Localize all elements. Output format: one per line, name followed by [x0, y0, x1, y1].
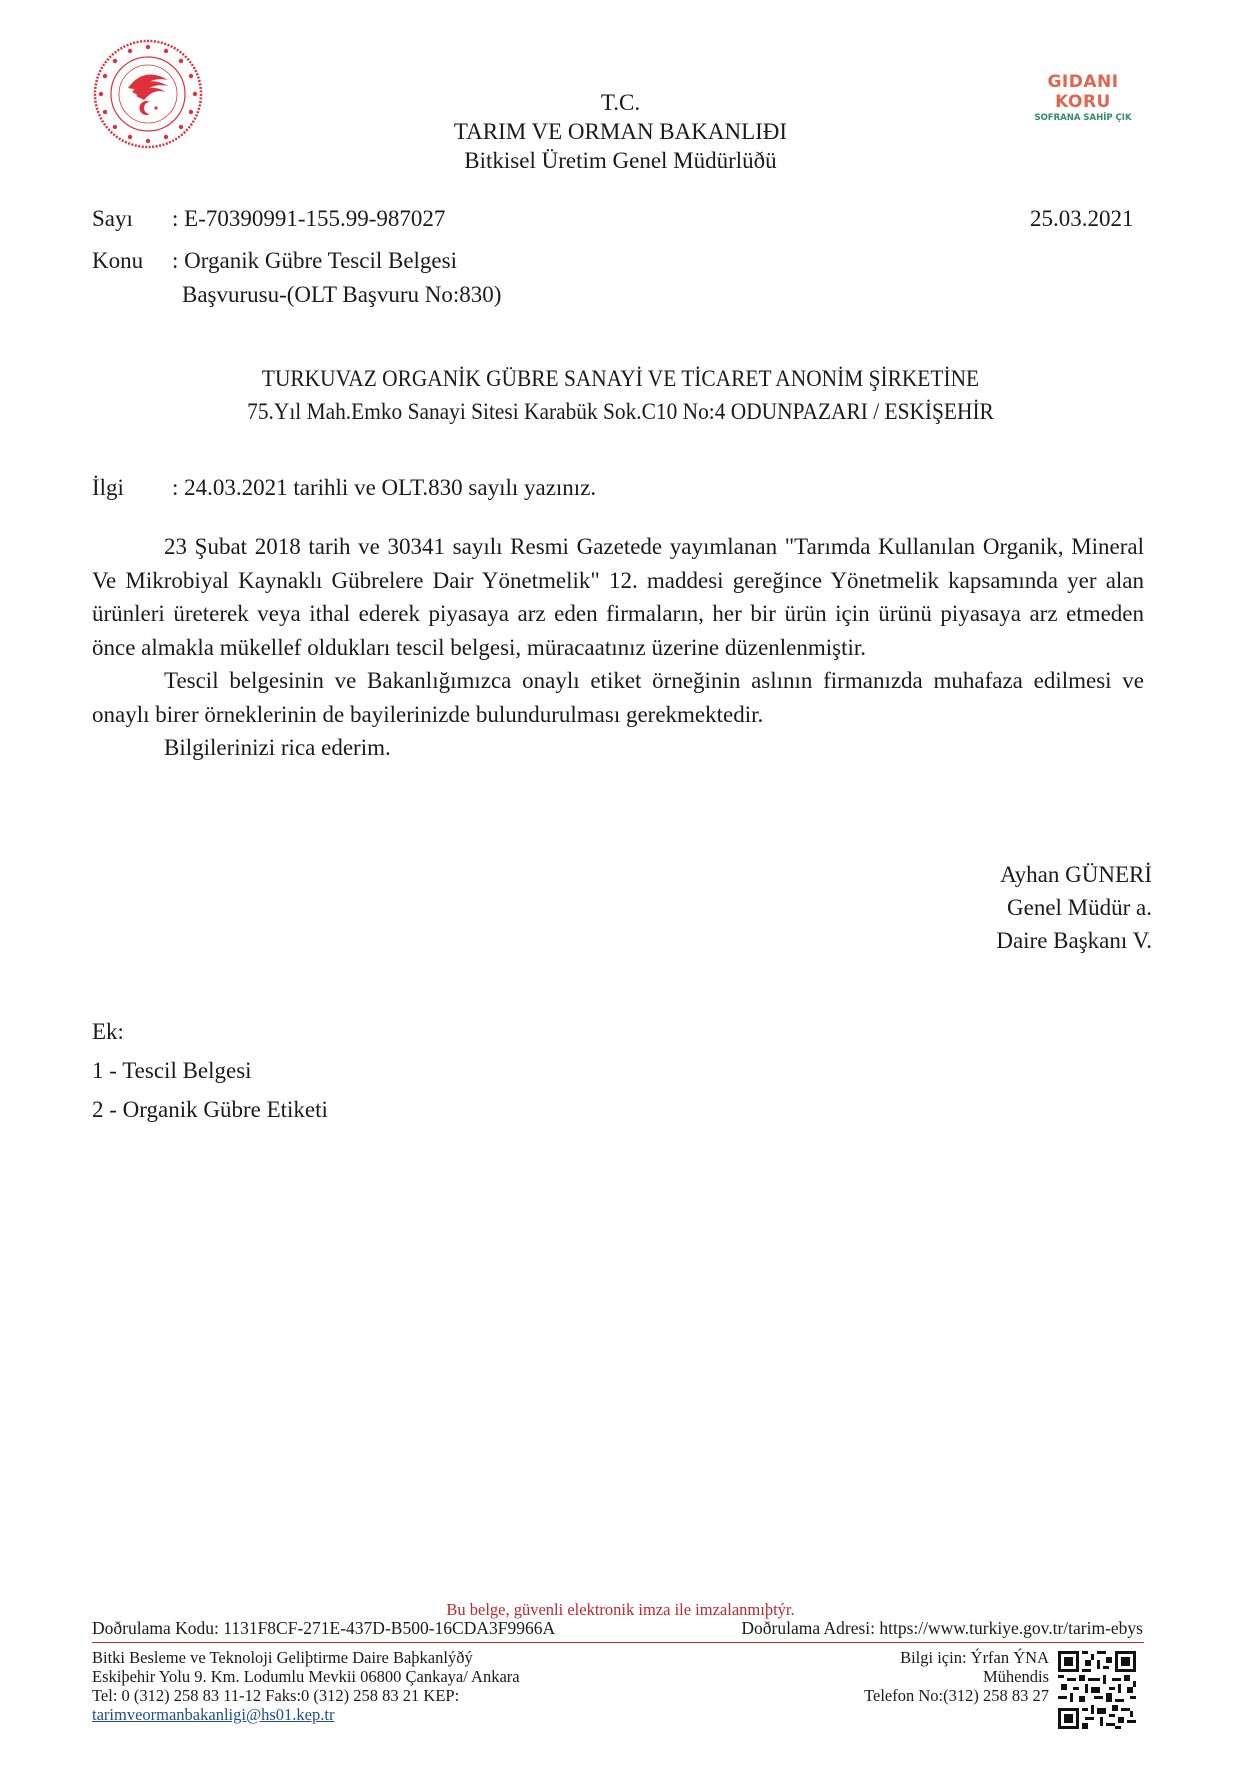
- kep-email-link[interactable]: tarimveormanbakanligi@hs01.kep.tr: [92, 1705, 520, 1724]
- signatory-title-2: Daire Başkanı V.: [900, 924, 1152, 957]
- department-name: Bitki Besleme ve Teknoloji Geliþtirme Da…: [92, 1648, 520, 1667]
- recipient-address: 75.Yıl Mah.Emko Sanayi Sitesi Karabük So…: [43, 395, 1197, 428]
- ilgi-label: İlgi: [92, 474, 172, 502]
- recipient-block: TURKUVAZ ORGANİK GÜBRE SANAYİ VE TİCARET…: [0, 362, 1241, 428]
- header-directorate: Bitkisel Üretim Genel Müdürlüðü: [0, 146, 1241, 175]
- attachment-item: 2 - Organik Gübre Etiketi: [92, 1090, 328, 1129]
- contact-phone: Telefon No:(312) 258 83 27: [864, 1686, 1049, 1705]
- header-tc: T.C.: [0, 88, 1241, 117]
- body-paragraph-2: Tescil belgesinin ve Bakanlığımızca onay…: [92, 664, 1144, 731]
- konu-value: : Organik Gübre Tescil Belgesi: [172, 248, 457, 273]
- signature-block: Ayhan GÜNERİ Genel Müdür a. Daire Başkan…: [900, 858, 1152, 957]
- qr-code-icon: [1058, 1651, 1136, 1729]
- info-contact: Bilgi için: Ýrfan ÝNA Mühendis Telefon N…: [864, 1648, 1049, 1705]
- verification-address[interactable]: Doðrulama Adresi: https://www.turkiye.go…: [741, 1618, 1143, 1639]
- esignature-notice: Bu belge, güvenli elektronik imza ile im…: [0, 1600, 1241, 1620]
- qr-code: [1058, 1651, 1136, 1729]
- attachment-item: 1 - Tescil Belgesi: [92, 1051, 328, 1090]
- contact-person: Bilgi için: Ýrfan ÝNA: [864, 1648, 1049, 1667]
- letterhead: T.C. TARIM VE ORMAN BAKANLIÐI Bitkisel Ü…: [0, 88, 1241, 175]
- verification-code: Doðrulama Kodu: 1131F8CF-271E-437D-B500-…: [92, 1618, 555, 1639]
- subject-continued: Başvurusu-(OLT Başvuru No:830): [182, 281, 501, 309]
- attachments: Ek: 1 - Tescil Belgesi 2 - Organik Gübre…: [92, 1012, 328, 1129]
- department-address: Bitki Besleme ve Teknoloji Geliþtirme Da…: [92, 1648, 520, 1724]
- body-paragraph-1: 23 Şubat 2018 tarih ve 30341 sayılı Resm…: [92, 530, 1144, 664]
- reference-number: Sayı: E-70390991-155.99-987027: [92, 205, 445, 233]
- subject: Konu: Organik Gübre Tescil Belgesi: [92, 247, 457, 275]
- letter-body: 23 Şubat 2018 tarih ve 30341 sayılı Resm…: [92, 530, 1144, 765]
- attachments-label: Ek:: [92, 1012, 328, 1051]
- ilgi-value: : 24.03.2021 tarihli ve OLT.830 sayılı y…: [172, 475, 596, 500]
- signatory-name: Ayhan GÜNERİ: [900, 858, 1152, 891]
- street-address: Eskiþehir Yolu 9. Km. Lodumlu Mevkii 068…: [92, 1667, 520, 1686]
- header-ministry: TARIM VE ORMAN BAKANLIÐI: [0, 117, 1241, 146]
- signatory-title-1: Genel Müdür a.: [900, 891, 1152, 924]
- footer-divider: [92, 1642, 1144, 1643]
- document-date: 25.03.2021: [1030, 205, 1134, 233]
- reference-line: İlgi: 24.03.2021 tarihli ve OLT.830 sayı…: [92, 474, 596, 502]
- sayi-label: Sayı: [92, 205, 172, 233]
- recipient-name: TURKUVAZ ORGANİK GÜBRE SANAYİ VE TİCARET…: [43, 362, 1197, 395]
- sayi-value: : E-70390991-155.99-987027: [172, 206, 445, 231]
- contact-title: Mühendis: [864, 1667, 1049, 1686]
- phone-fax: Tel: 0 (312) 258 83 11-12 Faks:0 (312) 2…: [92, 1686, 520, 1705]
- body-paragraph-3: Bilgilerinizi rica ederim.: [92, 731, 1144, 765]
- konu-label: Konu: [92, 247, 172, 275]
